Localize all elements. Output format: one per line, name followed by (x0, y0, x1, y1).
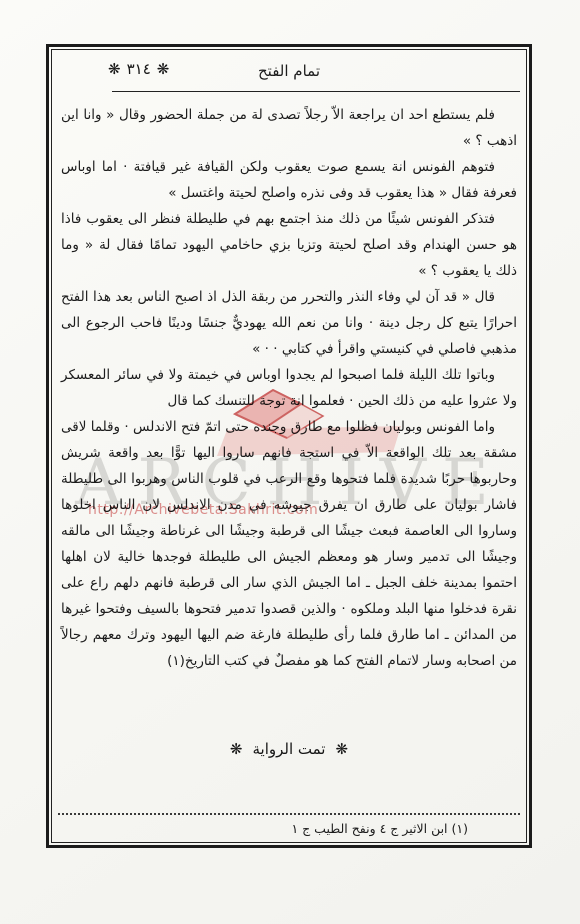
flower-ornament-icon: ❋ (157, 62, 170, 77)
paragraph: فتذكر الفونس شيئًا من ذلك منذ اجتمع بهم … (61, 206, 517, 284)
footnote-block: (١) ابن الاثير ج ٤ ونفح الطيب ج ١ (58, 813, 520, 836)
header-rule (112, 91, 520, 92)
end-of-narration-mark: ❋ تمت الرواية ❋ (52, 740, 526, 758)
paragraph: قال « قد آن لي وفاء النذر والتحرر من ربق… (61, 284, 517, 362)
footnote-text: (١) ابن الاثير ج ٤ ونفح الطيب ج ١ (58, 821, 520, 836)
page-frame-inner: تمام الفتح ❋ ٣١٤ ❋ فلم يستطع احد ان يراج… (51, 49, 527, 843)
body-text: فلم يستطع احد ان يراجعة الاّ رجلاً تصدى … (52, 92, 526, 674)
paragraph: فتوهم الفونس انة يسمع صوت يعقوب ولكن الق… (61, 154, 517, 206)
page-number: ٣١٤ (127, 60, 151, 78)
page-frame: تمام الفتح ❋ ٣١٤ ❋ فلم يستطع احد ان يراج… (46, 44, 532, 848)
footnote-separator (58, 813, 520, 815)
flower-ornament-icon: ❋ (336, 742, 349, 757)
page-number-group: ❋ ٣١٤ ❋ (108, 60, 169, 78)
paragraph: واما الفونس وبوليان فظلوا مع طارق وجنده … (61, 414, 517, 674)
end-mark-label: تمت الرواية (253, 740, 326, 758)
scanned-book-page: تمام الفتح ❋ ٣١٤ ❋ فلم يستطع احد ان يراج… (0, 0, 580, 924)
page-header: تمام الفتح ❋ ٣١٤ ❋ (52, 50, 526, 92)
flower-ornament-icon: ❋ (230, 742, 243, 757)
paragraph: فلم يستطع احد ان يراجعة الاّ رجلاً تصدى … (61, 102, 517, 154)
paragraph: وباتوا تلك الليلة فلما اصبحوا لم يجدوا ا… (61, 362, 517, 414)
flower-ornament-icon: ❋ (108, 62, 121, 77)
